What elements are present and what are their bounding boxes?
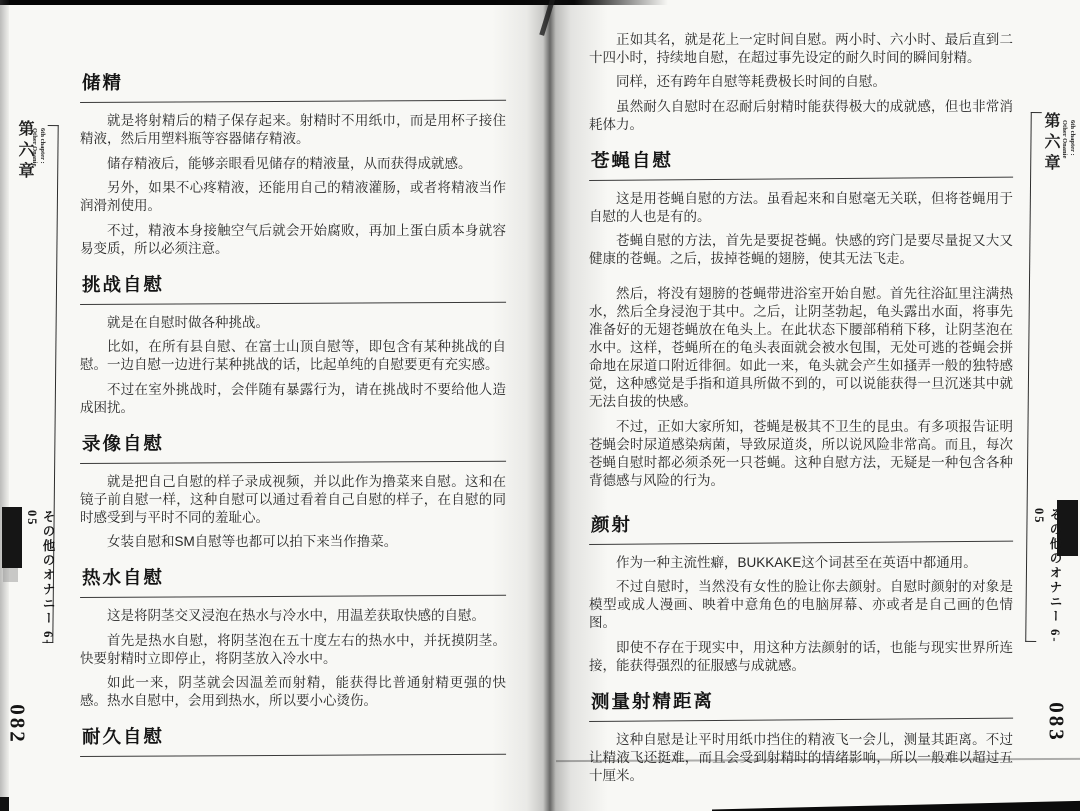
left-chapter-caption: 6th chapter : Other Onanie	[31, 128, 46, 166]
section-heading: 测量射精距离	[589, 687, 1013, 721]
left-section-tab-label: その他のオナニー 6-05	[24, 510, 57, 650]
section-heading: 录像自慰	[80, 430, 506, 463]
section-heading: 耐久自慰	[80, 724, 506, 757]
paragraph: 苍蝇自慰的方法，首先是要捉苍蝇。快感的窍门是要尽量捉又大又健康的苍蝇。之后，拔掉…	[589, 232, 1013, 268]
scan-left-edge	[0, 0, 9, 811]
chapter-caption-line1: 6th chapter :	[39, 128, 47, 166]
section-heading: 颜射	[589, 510, 1013, 544]
paragraph: 作为一种主流性癖，BUKKAKE这个词甚至在英语中都通用。	[589, 554, 1013, 572]
left-page-text-column: 储精 就是将射精后的精子保存起来。射精时不用纸巾，而是用杯子接住精液，然后用塑料…	[80, 72, 506, 766]
paragraph: 不过，精液本身接触空气后就会开始腐败，再加上蛋白质本身就容易变质，所以必须注意。	[80, 222, 506, 258]
scan-bottom-right-edge	[712, 798, 1080, 811]
paragraph: 不过在室外挑战时，会伴随有暴露行为，请在挑战时不要给他人造成困扰。	[80, 381, 506, 417]
paragraph: 另外，如果不心疼精液，还能用自己的精液灌肠，或者将精液当作润滑剂使用。	[80, 179, 506, 215]
paragraph: 首先是热水自慰，将阴茎泡在五十度左右的热水中，并抚摸阴茎。快要射精时立即停止，将…	[80, 632, 506, 668]
paragraph: 不过自慰时，当然没有女性的脸让你去颜射。自慰时颜射的对象是模型或成人漫画、映着中…	[589, 578, 1013, 632]
section-heading: 挑战自慰	[80, 271, 506, 304]
right-page-number: 083	[1044, 695, 1069, 751]
paragraph: 然后，将没有翅膀的苍蝇带进浴室开始自慰。首先往浴缸里注满热水，然后全身浸泡于其中…	[589, 285, 1013, 411]
section-heading: 热水自慰	[80, 565, 506, 598]
paragraph: 这是将阴茎交叉浸泡在热水与冷水中，用温差获取快感的自慰。	[80, 607, 506, 625]
paragraph: 就是把自己自慰的样子录成视频，并以此作为撸菜来自慰。这和在镜子前自慰一样，这种自…	[80, 473, 506, 527]
left-page-number: 082	[5, 697, 30, 753]
paragraph: 比如，在所有县自慰、在富士山顶自慰等，即包含有某种挑战的自慰。一边自慰一边进行某…	[80, 338, 506, 374]
chapter-caption-line2: Other Onanie	[1061, 120, 1069, 158]
left-edge-tab	[2, 507, 22, 568]
section-heading: 储精	[80, 70, 506, 103]
paragraph: 这种自慰是让平时用纸巾挡住的精液飞一会儿，测量其距离。不过让精液飞还挺难，而且会…	[589, 731, 1013, 785]
paragraph: 就是将射精后的精子保存起来。射精时不用纸巾，而是用杯子接住精液，然后用塑料瓶等容…	[80, 112, 506, 148]
paragraph: 这是用苍蝇自慰的方法。虽看起来和自慰毫无关联，但将苍蝇用于自慰的人也是有的。	[589, 190, 1013, 226]
right-chapter-label: 第六章	[1039, 112, 1062, 175]
right-chapter-caption: 6th chapter : Other Onanie	[1061, 120, 1076, 158]
paragraph: 储存精液后，能够亲眼看见储存的精液量，从而获得成就感。	[80, 155, 506, 173]
chapter-caption-line1: 6th chapter :	[1069, 120, 1077, 158]
paragraph: 不过，正如大家所知，苍蝇是极其不卫生的昆虫。有多项报告证明苍蝇会时尿道感染病菌，…	[589, 418, 1013, 490]
paragraph: 虽然耐久自慰时在忍耐后射精时能获得极大的成就感，但也非常消耗体力。	[589, 98, 1013, 134]
right-section-tab-label: その他のオナニー 6-05	[1031, 508, 1064, 648]
paragraph: 就是在自慰时做各种挑战。	[80, 314, 506, 332]
scan-bottom-left-mark	[0, 797, 9, 811]
right-page-text-column: 正如其名，就是花上一定时间自慰。两小时、六小时、最后直到二十四小时，持续地自慰，…	[589, 24, 1013, 791]
paragraph: 如此一来，阴茎就会因温差而射精，能获得比普通射精更强的快感。热水自慰中，会用到热…	[80, 674, 506, 710]
paragraph: 女装自慰和SM自慰等也都可以拍下来当作撸菜。	[80, 533, 506, 551]
book-scan-spread: 第六章 6th chapter : Other Onanie その他のオナニー …	[0, 0, 1080, 811]
paragraph: 正如其名，就是花上一定时间自慰。两小时、六小时、最后直到二十四小时，持续地自慰，…	[589, 31, 1013, 67]
left-edge-tab-shadow	[3, 568, 18, 582]
scan-top-edge	[0, 0, 668, 5]
gutter-top-shadow	[539, 0, 555, 36]
section-heading: 苍蝇自慰	[589, 146, 1013, 180]
chapter-caption-line2: Other Onanie	[31, 128, 39, 166]
paragraph: 即使不存在于现实中，用这种方法颜射的话，也能与现实世界所连接，能获得强烈的征服感…	[589, 639, 1013, 675]
paragraph: 同样，还有跨年自慰等耗费极长时间的自慰。	[589, 73, 1013, 91]
